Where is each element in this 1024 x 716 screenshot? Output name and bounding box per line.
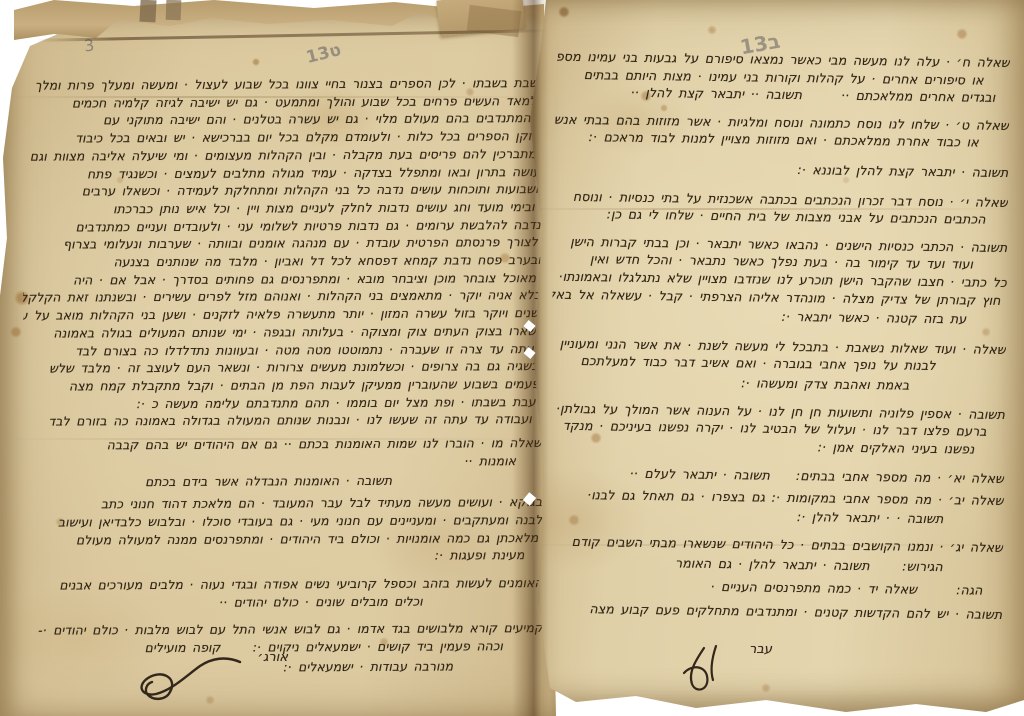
handwritten-line: מתברכין להם פריסים בעת מקבלה · ובין הקהל… bbox=[22, 145, 540, 165]
handwritten-line: לבנה ומעתקבים · ומעניינים עם חנוני מעי ·… bbox=[24, 511, 542, 531]
answer-line: הגירוש: תשובה · יתבאר להלן · גם האומר bbox=[549, 552, 1003, 576]
right-page-text: שאלה ח׳ · עלה לנו מעשה מבי כאשר נמצאו סי… bbox=[548, 48, 1010, 654]
handwritten-line: האומנים לעשות בזהב וכספל קרוביעי נשים אפ… bbox=[25, 574, 543, 594]
signature-flourish bbox=[128, 648, 246, 706]
handwritten-line: ובערב פסח נדבת קמחא דפסחא לכל דל ואביון … bbox=[23, 251, 541, 271]
handwritten-line: מעינת ופעגות ·: bbox=[24, 546, 542, 566]
answer-line: תשובה · יתבאר קצת להלן לבוננא ·: bbox=[554, 158, 1008, 182]
signature-left: אורג׳ bbox=[128, 648, 288, 710]
signature-word: אורג׳ bbox=[258, 650, 288, 665]
answer-line: תשובה · האומנות הנבדלה אשר בידם בכתם bbox=[24, 471, 542, 491]
answer-line: תשובה · יש להם הקדשות קטנים · ומתנדבים מ… bbox=[548, 599, 1002, 623]
handwritten-line: פעמים בשבוע שהעוברין ממעיקן לעבות הפת מן… bbox=[24, 375, 542, 395]
signature-word: עבר bbox=[749, 642, 772, 657]
pencil-folio-mark: 13ט bbox=[304, 40, 343, 68]
question-line: באמת ואהבת צדק ומעשהו ·: bbox=[551, 372, 1005, 396]
handwritten-line: נשארו בצוק העתים צוק ומצוקה · בעלותה ובג… bbox=[23, 322, 541, 342]
left-page-text: שבת בשבתו · לכן הספרים בצנור בחיי צוונו … bbox=[22, 74, 543, 681]
right-page: 13ב שאלה ח׳ · עלה לנו מעשה מבי כאשר נמצא… bbox=[516, 0, 1024, 716]
handwritten-line: וכלים מובלים שונים · כולם יהודים ·· bbox=[25, 592, 543, 612]
signature-flourish bbox=[622, 640, 732, 704]
manuscript-scan: { "document_kind": "handwritten Hebrew q… bbox=[0, 0, 1024, 716]
question-line: הגה: שאלה יד · כמה מתפרנסים העניים · bbox=[548, 576, 1002, 600]
left-page: 3 13ט שבת בשבתו · לכן הספרים בצנור בחיי … bbox=[0, 0, 560, 716]
handwritten-line: ועבודה עד עתה זה שעשו לנו · ונבנות שנותם… bbox=[24, 410, 542, 430]
question-line: שאלה יא׳ · מה מספר אחבי בבתים: תשובה · י… bbox=[550, 464, 1004, 488]
handwritten-line: שבת בשבתו · לכן הספרים בצנור בחיי צוונו … bbox=[22, 74, 540, 94]
signature-right: עבר bbox=[622, 640, 772, 704]
handwritten-line: ובימי מועד וחג עושים נדבות לחלק לעניים מ… bbox=[23, 198, 541, 218]
question-line: אומנות ·· bbox=[24, 452, 542, 472]
answer-line: עת בזה קטנה · כאשר יתבאר ·: bbox=[552, 305, 1006, 329]
answer-line: תשובה · · יתבאר להלן ·: bbox=[549, 505, 1003, 529]
